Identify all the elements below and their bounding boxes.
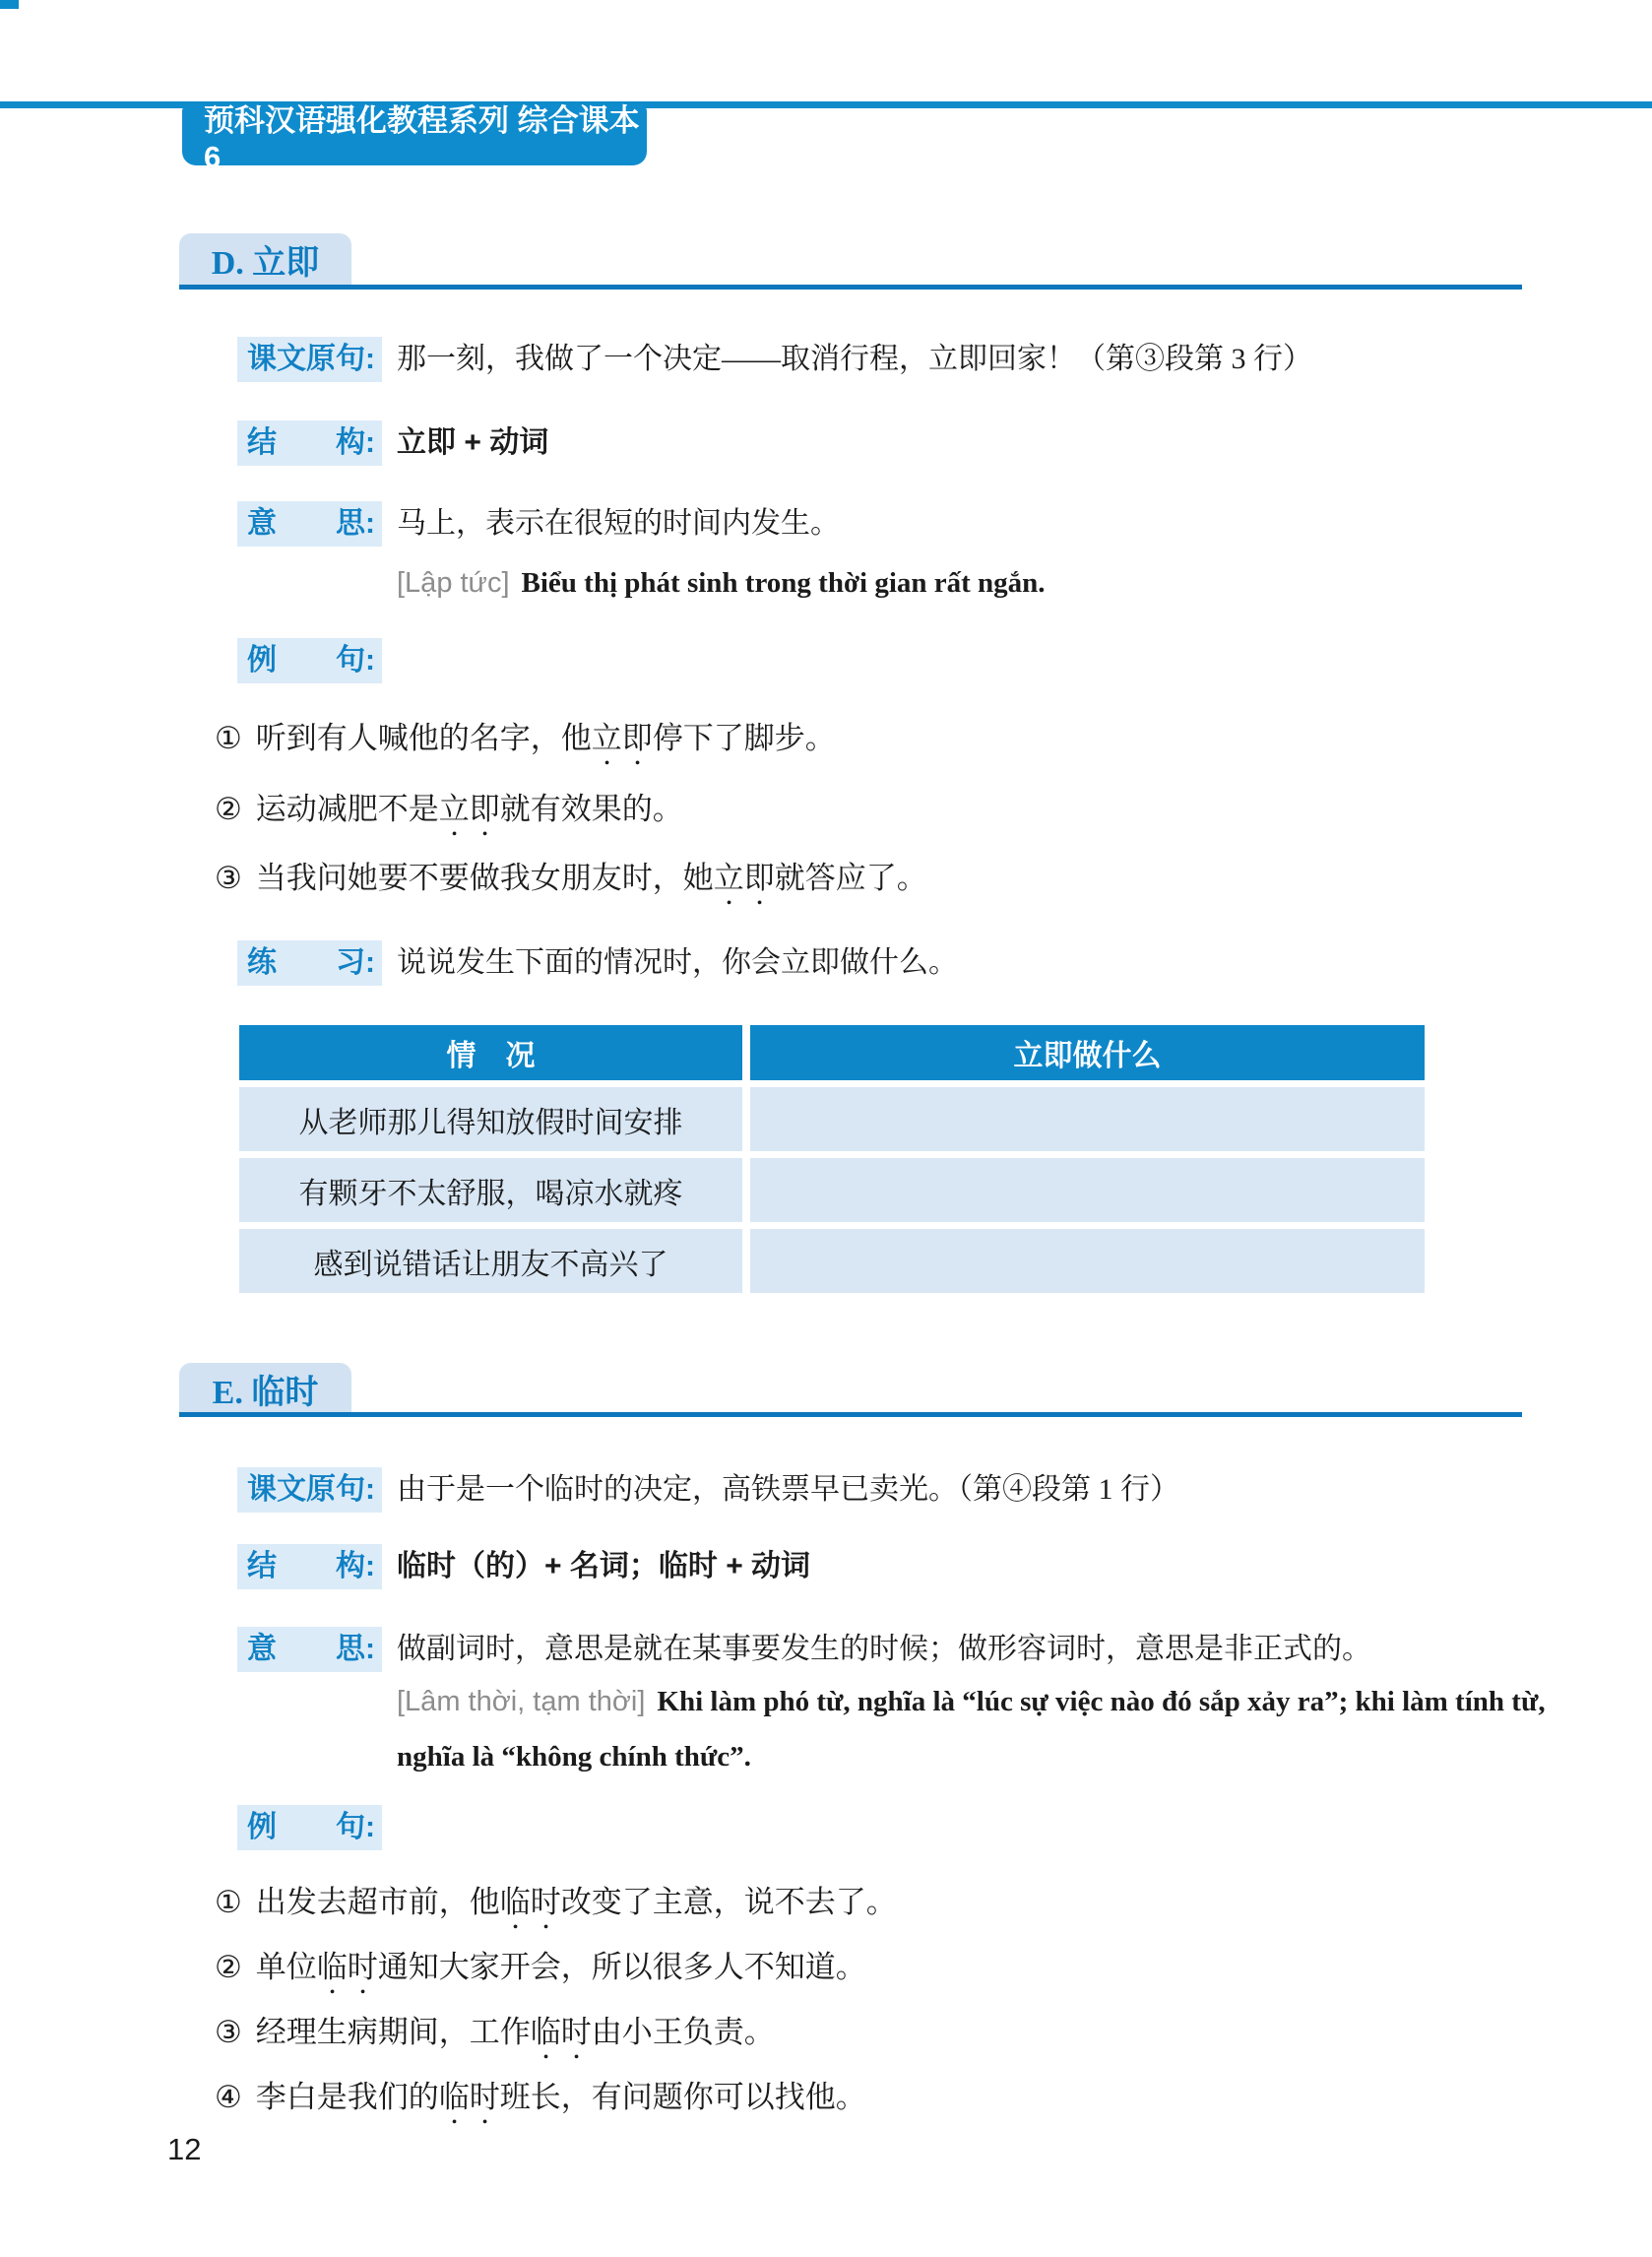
table-cell-answer	[750, 1087, 1425, 1151]
example-e-1: ①出发去超市前，他临时改变了主意，说不去了。	[215, 1881, 897, 1924]
example-text: 通知大家开会，所以很多人不知道。	[378, 1950, 866, 1984]
vietnamese-text-e: Khi làm phó từ, nghĩa là “lúc sự việc nà…	[657, 1686, 1545, 1717]
example-text: 经理生病期间，工作	[256, 2015, 531, 2049]
emphasized-word: 临时	[500, 1885, 561, 1919]
section-e-title-badge: E. 临时	[179, 1363, 351, 1414]
example-text: 班长，有问题你可以找他。	[500, 2080, 866, 2114]
example-text: 改变了主意，说不去了。	[561, 1885, 897, 1919]
example-number: ②	[215, 792, 242, 826]
vietnamese-text-e2: nghĩa là “không chính thức”.	[397, 1741, 751, 1773]
emphasized-word: 立即	[714, 861, 775, 895]
table-header-situation: 情 况	[239, 1025, 742, 1080]
table-cell-answer	[750, 1158, 1425, 1222]
structure-text-e: 临时（的）+ 名词；临时 + 动词	[397, 1544, 810, 1589]
emphasized-word: 临时	[317, 1950, 378, 1984]
source-text-d: 那一刻，我做了一个决定——取消行程，立即回家！（第③段第 3 行）	[397, 337, 1312, 382]
label-structure-d: 结 构:	[237, 420, 382, 466]
example-number: ①	[215, 1885, 242, 1919]
label-examples-d: 例 句:	[237, 638, 382, 683]
example-text: 就有效果的。	[500, 792, 683, 826]
example-text: 听到有人喊他的名字，他	[256, 721, 592, 755]
corner-mark	[0, 0, 19, 9]
label-meaning-d: 意 思:	[237, 501, 382, 547]
practice-table: 情 况 立即做什么 从老师那儿得知放假时间安排 有颗牙不太舒服，喝凉水就疼 感到…	[239, 1025, 1425, 1293]
emphasized-word: 临时	[439, 2080, 500, 2114]
page-number: 12	[167, 2132, 201, 2167]
example-text: 停下了脚步。	[653, 721, 836, 755]
label-examples-e: 例 句:	[237, 1805, 382, 1850]
table-cell-situation: 感到说错话让朋友不高兴了	[239, 1229, 742, 1293]
series-title: 预科汉语强化教程系列 综合课本 6	[204, 96, 647, 175]
label-structure-e: 结 构:	[237, 1544, 382, 1589]
source-text-e: 由于是一个临时的决定，高铁票早已卖光。（第④段第 1 行）	[397, 1467, 1179, 1513]
meaning-text-d: 马上，表示在很短的时间内发生。	[397, 501, 840, 547]
section-d-title-badge: D. 立即	[179, 233, 351, 285]
practice-text-d: 说说发生下面的情况时，你会立即做什么。	[397, 940, 958, 986]
meaning-text-e: 做副词时，意思是就在某事要发生的时候；做形容词时，意思是非正式的。	[397, 1627, 1371, 1672]
example-number: ③	[215, 861, 242, 895]
section-e-rule	[179, 1412, 1522, 1417]
vietnamese-tag-d: [Lập tức]	[397, 567, 510, 599]
example-number: ①	[215, 721, 242, 755]
series-badge: 预科汉语强化教程系列 综合课本 6	[182, 105, 647, 165]
table-cell-situation: 从老师那儿得知放假时间安排	[239, 1087, 742, 1151]
example-number: ③	[215, 2015, 242, 2049]
table-cell-answer	[750, 1229, 1425, 1293]
vietnamese-tag-e: [Lâm thời, tạm thời]	[397, 1686, 645, 1717]
section-e-title: E. 临时	[213, 1365, 319, 1413]
example-d-3: ③当我问她要不要做我女朋友时，她立即就答应了。	[215, 857, 927, 900]
emphasized-word: 立即	[592, 721, 653, 755]
meaning-vietnamese-e-line1: [Lâm thời, tạm thời]Khi làm phó từ, nghĩ…	[397, 1682, 1546, 1721]
example-d-2: ②运动减肥不是立即就有效果的。	[215, 788, 683, 831]
example-e-4: ④李白是我们的临时班长，有问题你可以找他。	[215, 2076, 866, 2119]
structure-text-d: 立即 + 动词	[397, 420, 548, 466]
example-text: 出发去超市前，他	[256, 1885, 500, 1919]
example-text: 单位	[256, 1950, 317, 1984]
example-text: 就答应了。	[775, 861, 927, 895]
example-number: ②	[215, 1950, 242, 1984]
example-number: ④	[215, 2080, 242, 2114]
label-source-e: 课文原句:	[237, 1467, 382, 1513]
example-text: 由小王负责。	[592, 2015, 775, 2049]
table-header-answer: 立即做什么	[750, 1025, 1425, 1080]
textbook-page: 预科汉语强化教程系列 综合课本 6 D. 立即 课文原句: 那一刻，我做了一个决…	[0, 0, 1652, 2257]
vietnamese-text-d: Biểu thị phát sinh trong thời gian rất n…	[522, 567, 1046, 599]
meaning-vietnamese-e-line2: nghĩa là “không chính thức”.	[397, 1737, 751, 1776]
example-text: 李白是我们的	[256, 2080, 439, 2114]
table-cell-situation: 有颗牙不太舒服，喝凉水就疼	[239, 1158, 742, 1222]
example-text: 运动减肥不是	[256, 792, 439, 826]
section-d-rule	[179, 285, 1522, 290]
section-d-title: D. 立即	[212, 235, 320, 284]
emphasized-word: 临时	[531, 2015, 592, 2049]
label-source-d: 课文原句:	[237, 337, 382, 382]
example-d-1: ①听到有人喊他的名字，他立即停下了脚步。	[215, 717, 836, 760]
emphasized-word: 立即	[439, 792, 500, 826]
example-e-2: ②单位临时通知大家开会，所以很多人不知道。	[215, 1946, 866, 1989]
label-practice-d: 练 习:	[237, 940, 382, 986]
example-e-3: ③经理生病期间，工作临时由小王负责。	[215, 2011, 775, 2054]
example-text: 当我问她要不要做我女朋友时，她	[256, 861, 714, 895]
label-meaning-e: 意 思:	[237, 1627, 382, 1672]
meaning-vietnamese-d: [Lập tức]Biểu thị phát sinh trong thời g…	[397, 563, 1046, 603]
